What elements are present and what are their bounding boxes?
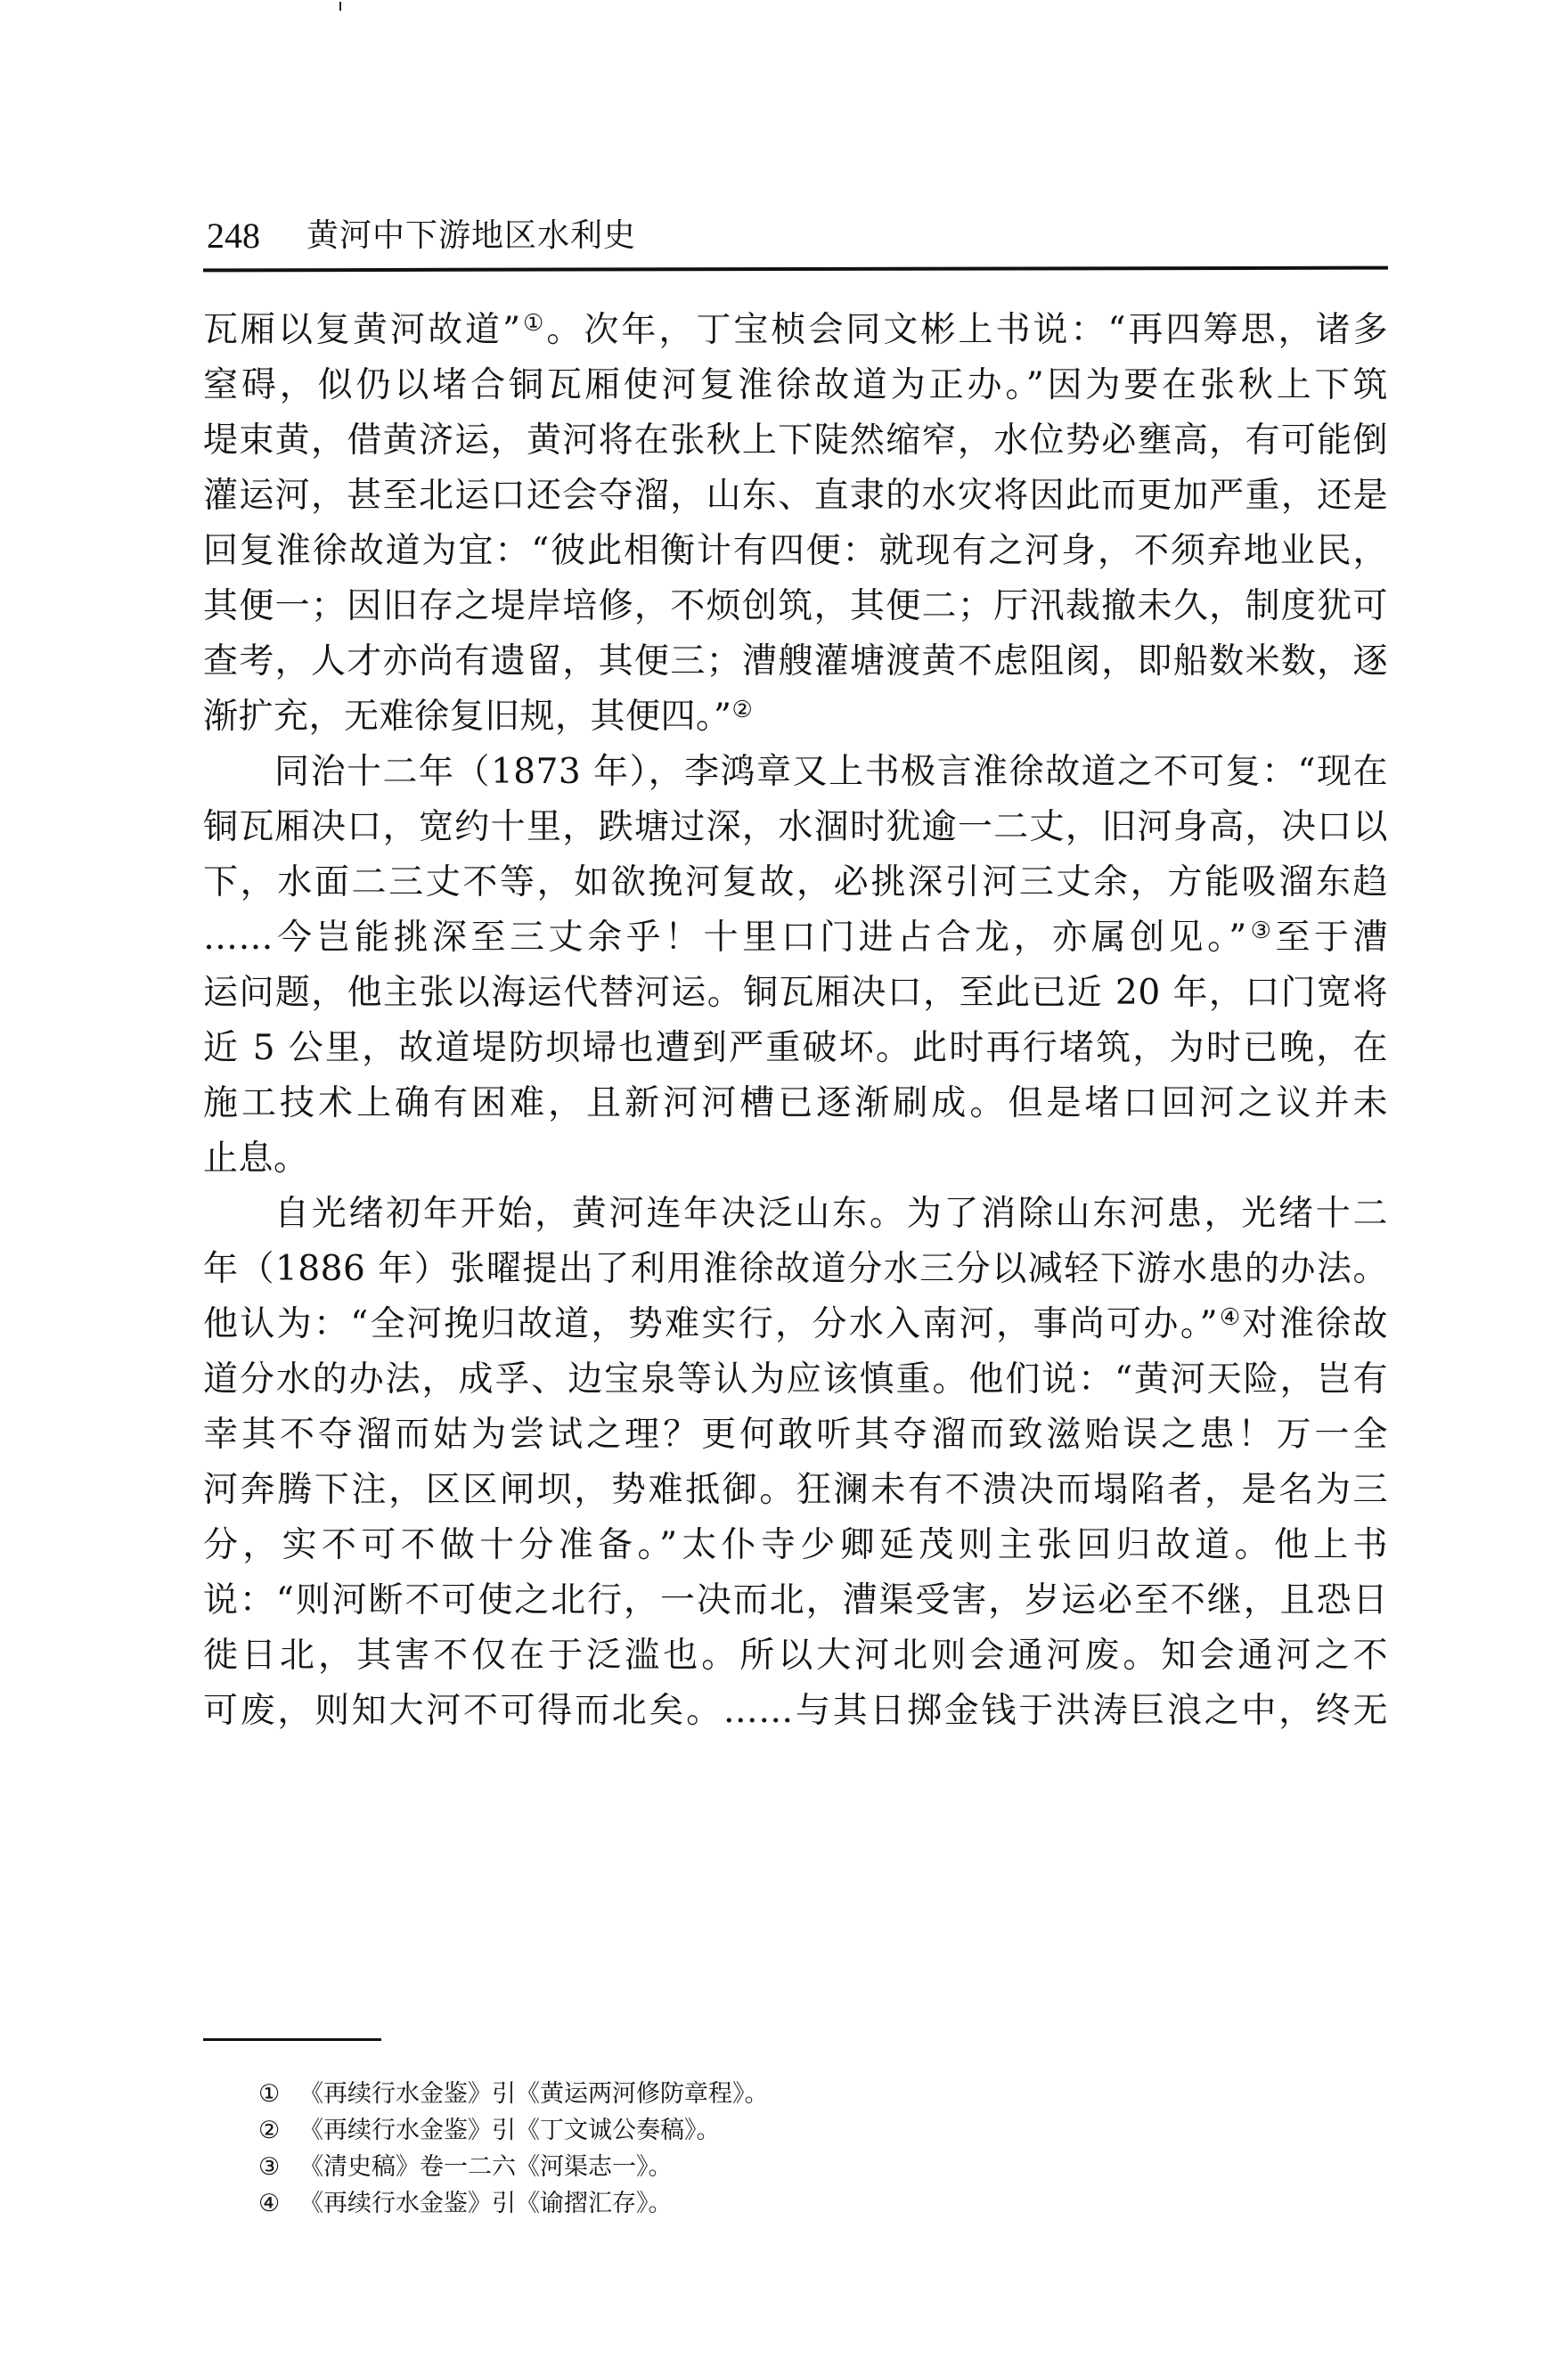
footnote-ref[interactable]: ③: [1247, 918, 1276, 944]
text-line: 河奔腾下注，区区闸坝，势难抵御。狂澜未有不溃决而塌陷者，是名为三: [203, 1463, 1388, 1518]
footnotes: ①《再续行水金鉴》引《黄运两河修防章程》。 ②《再续行水金鉴》引《丁文诚公奏稿》…: [258, 2076, 769, 2222]
text-line: 可废，则知大河不可得而北矣。……与其日掷金钱于洪涛巨浪之中，终无: [203, 1684, 1388, 1739]
text-line: 铜瓦厢决口，宽约十里，跌塘过深，水涸时犹逾一二丈，旧河身高，决口以: [203, 800, 1388, 855]
running-title: 黄河中下游地区水利史: [306, 214, 636, 258]
header-rule: [203, 266, 1388, 273]
footnote-ref[interactable]: ④: [1218, 1304, 1242, 1331]
text-line: ……今岂能挑深至三丈余乎！十里口门进占合龙，亦属创见。”③至于漕: [203, 910, 1388, 966]
text-line: 堤束黄，借黄济运，黄河将在张秋上下陡然缩窄，水位势必壅高，有可能倒: [203, 413, 1388, 469]
text-line: 说：“则河断不可使之北行，一决而北，漕渠受害，岁运必至不继，且恐日: [203, 1573, 1388, 1628]
paragraph-start: 自光绪初年开始，黄河连年决泛山东。为了消除山东河患，光绪十二: [203, 1187, 1388, 1242]
text-line: 运问题，他主张以海运代替河运。铜瓦厢决口，至此已近 20 年，口门宽将: [203, 966, 1388, 1021]
footnote-ref[interactable]: ②: [731, 697, 753, 723]
text-line: 近 5 公里，故道堤防坝埽也遭到严重破坏。此时再行堵筑，为时已晚，在: [203, 1021, 1388, 1076]
text-line: 瓦厢以复黄河故道”①。次年，丁宝桢会同文彬上书说：“再四筹思，诸多: [203, 303, 1388, 358]
scan-mark: [339, 2, 341, 11]
text-line: 年（1886 年）张曜提出了利用淮徐故道分水三分以减轻下游水患的办法。: [203, 1242, 1388, 1297]
footnote-1: ①《再续行水金鉴》引《黄运两河修防章程》。: [258, 2076, 769, 2112]
text-line: 徙日北，其害不仅在于泛滥也。所以大河北则会通河废。知会通河之不: [203, 1628, 1388, 1684]
text-line: 施工技术上确有困难，且新河河槽已逐渐刷成。但是堵口回河之议并未: [203, 1076, 1388, 1131]
footnote-3: ③《清史稿》卷一二六《河渠志一》。: [258, 2149, 769, 2185]
text-line: 他认为：“全河挽归故道，势难实行，分水入南河，事尚可办。”④对淮徐故: [203, 1297, 1388, 1352]
text-line: 其便一；因旧存之堤岸培修，不烦创筑，其便二；厅汛裁撤未久，制度犹可: [203, 579, 1388, 634]
text-line: 查考，人才亦尚有遗留，其便三；漕艘灌塘渡黄不虑阻阂，即船数米数，逐: [203, 634, 1388, 690]
text-line: 窒碍，似仍以堵合铜瓦厢使河复淮徐故道为正办。”因为要在张秋上下筑: [203, 358, 1388, 413]
body-text: 瓦厢以复黄河故道”①。次年，丁宝桢会同文彬上书说：“再四筹思，诸多 窒碍，似仍以…: [203, 303, 1388, 1739]
footnote-rule: [203, 2038, 381, 2041]
text-line: 分，实不可不做十分准备。”太仆寺少卿延茂则主张回归故道。他上书: [203, 1518, 1388, 1573]
footnote-ref[interactable]: ①: [521, 310, 547, 337]
page-header: 248 黄河中下游地区水利史: [207, 214, 1392, 258]
text-line: 下，水面二三丈不等，如欲挽河复故，必挑深引河三丈余，方能吸溜东趋: [203, 855, 1388, 910]
footnote-2: ②《再续行水金鉴》引《丁文诚公奏稿》。: [258, 2112, 769, 2149]
text-line: 幸其不夺溜而姑为尝试之理？更何敢听其夺溜而致滋贻误之患！万一全: [203, 1408, 1388, 1463]
page-number: 248: [207, 214, 260, 258]
footnote-4: ④《再续行水金鉴》引《谕摺汇存》。: [258, 2185, 769, 2222]
text-line: 止息。: [203, 1131, 1388, 1187]
paragraph-start: 同治十二年（1873 年），李鸿章又上书极言淮徐故道之不可复：“现在: [203, 745, 1388, 800]
text-line: 回复淮徐故道为宜：“彼此相衡计有四便：就现有之河身，不须弃地业民，: [203, 524, 1388, 579]
text-line: 渐扩充，无难徐复旧规，其便四。”②: [203, 690, 1388, 745]
text-line: 灌运河，甚至北运口还会夺溜，山东、直隶的水灾将因此而更加严重，还是: [203, 469, 1388, 524]
text-line: 道分水的办法，成孚、边宝泉等认为应该慎重。他们说：“黄河天险，岂有: [203, 1352, 1388, 1408]
